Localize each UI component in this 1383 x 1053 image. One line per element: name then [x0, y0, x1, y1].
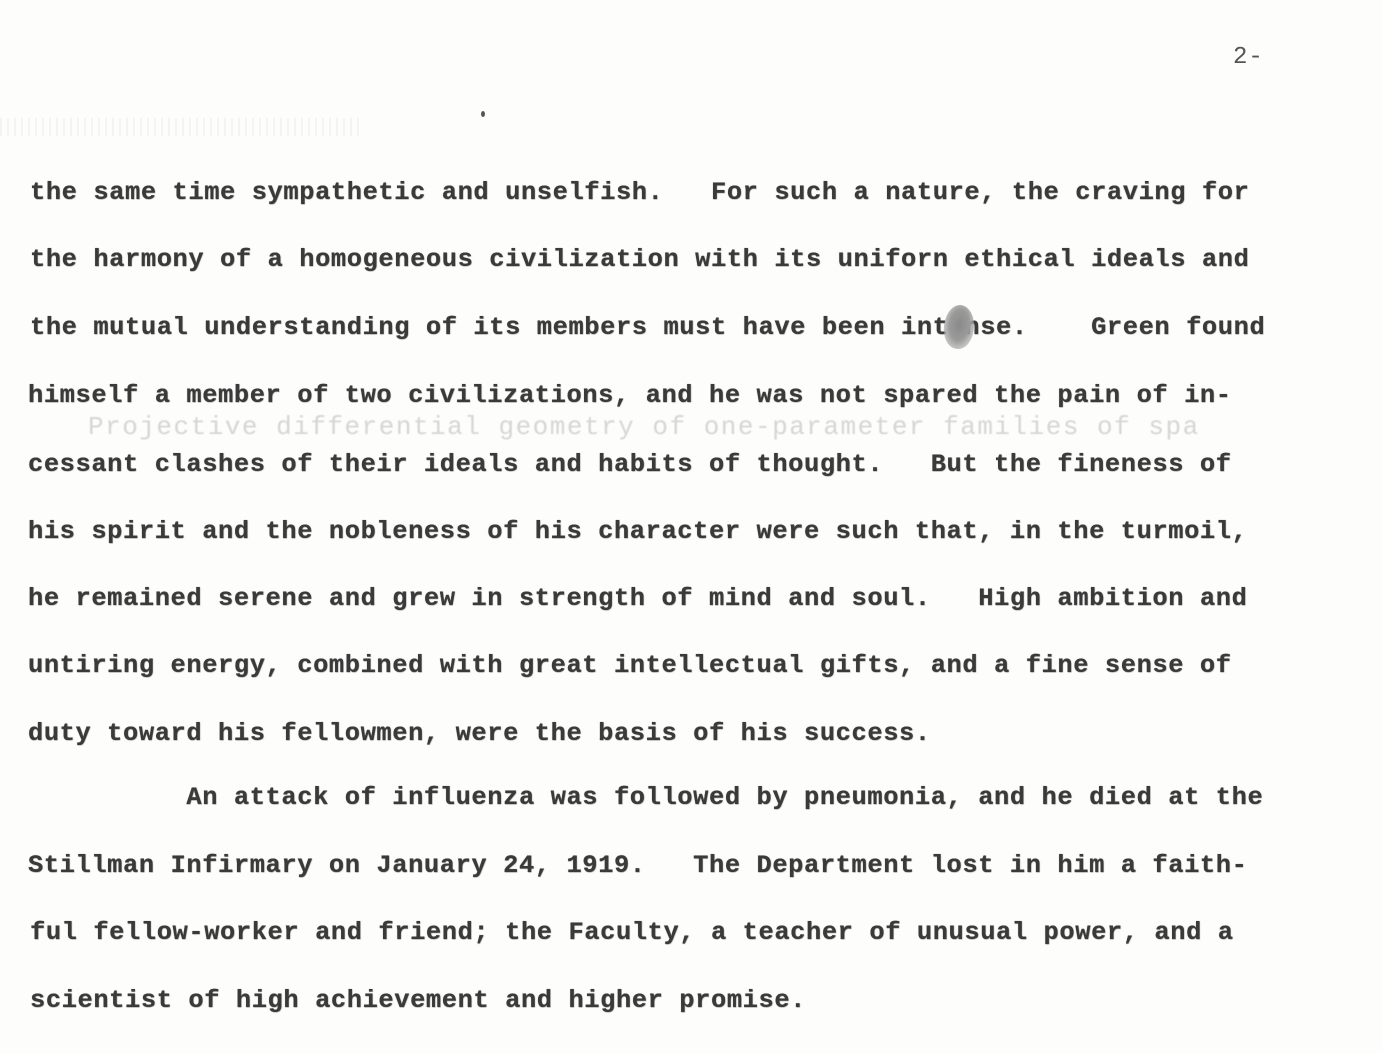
bleed-through-text: Projective differential geometry of one-…: [88, 412, 1200, 442]
paper-noise: [0, 118, 360, 136]
text-line-7: he remained serene and grew in strength …: [28, 584, 1247, 613]
text-line-12: ful fellow-worker and friend; the Facult…: [30, 918, 1234, 947]
text-line-10: An attack of influenza was followed by p…: [28, 783, 1263, 812]
page-number: 2-: [1233, 44, 1264, 71]
document-page: 2- Projective differential geometry of o…: [0, 0, 1383, 1053]
text-line-5: cessant clashes of their ideals and habi…: [28, 450, 1232, 479]
text-line-4: himself a member of two civilizations, a…: [28, 381, 1232, 410]
text-line-2: the harmony of a homogeneous civilizatio…: [30, 245, 1249, 274]
text-line-1: the same time sympathetic and unselfish.…: [30, 178, 1249, 207]
ink-speck: [481, 111, 485, 117]
text-line-9: duty toward his fellowmen, were the basi…: [28, 719, 931, 748]
text-line-13: scientist of high achievement and higher…: [30, 986, 806, 1015]
text-line-8: untiring energy, combined with great int…: [28, 651, 1232, 680]
text-line-6: his spirit and the nobleness of his char…: [28, 517, 1247, 546]
text-line-11: Stillman Infirmary on January 24, 1919. …: [28, 851, 1247, 880]
text-line-3: the mutual understanding of its members …: [30, 313, 1265, 342]
ink-smudge: [941, 303, 977, 351]
